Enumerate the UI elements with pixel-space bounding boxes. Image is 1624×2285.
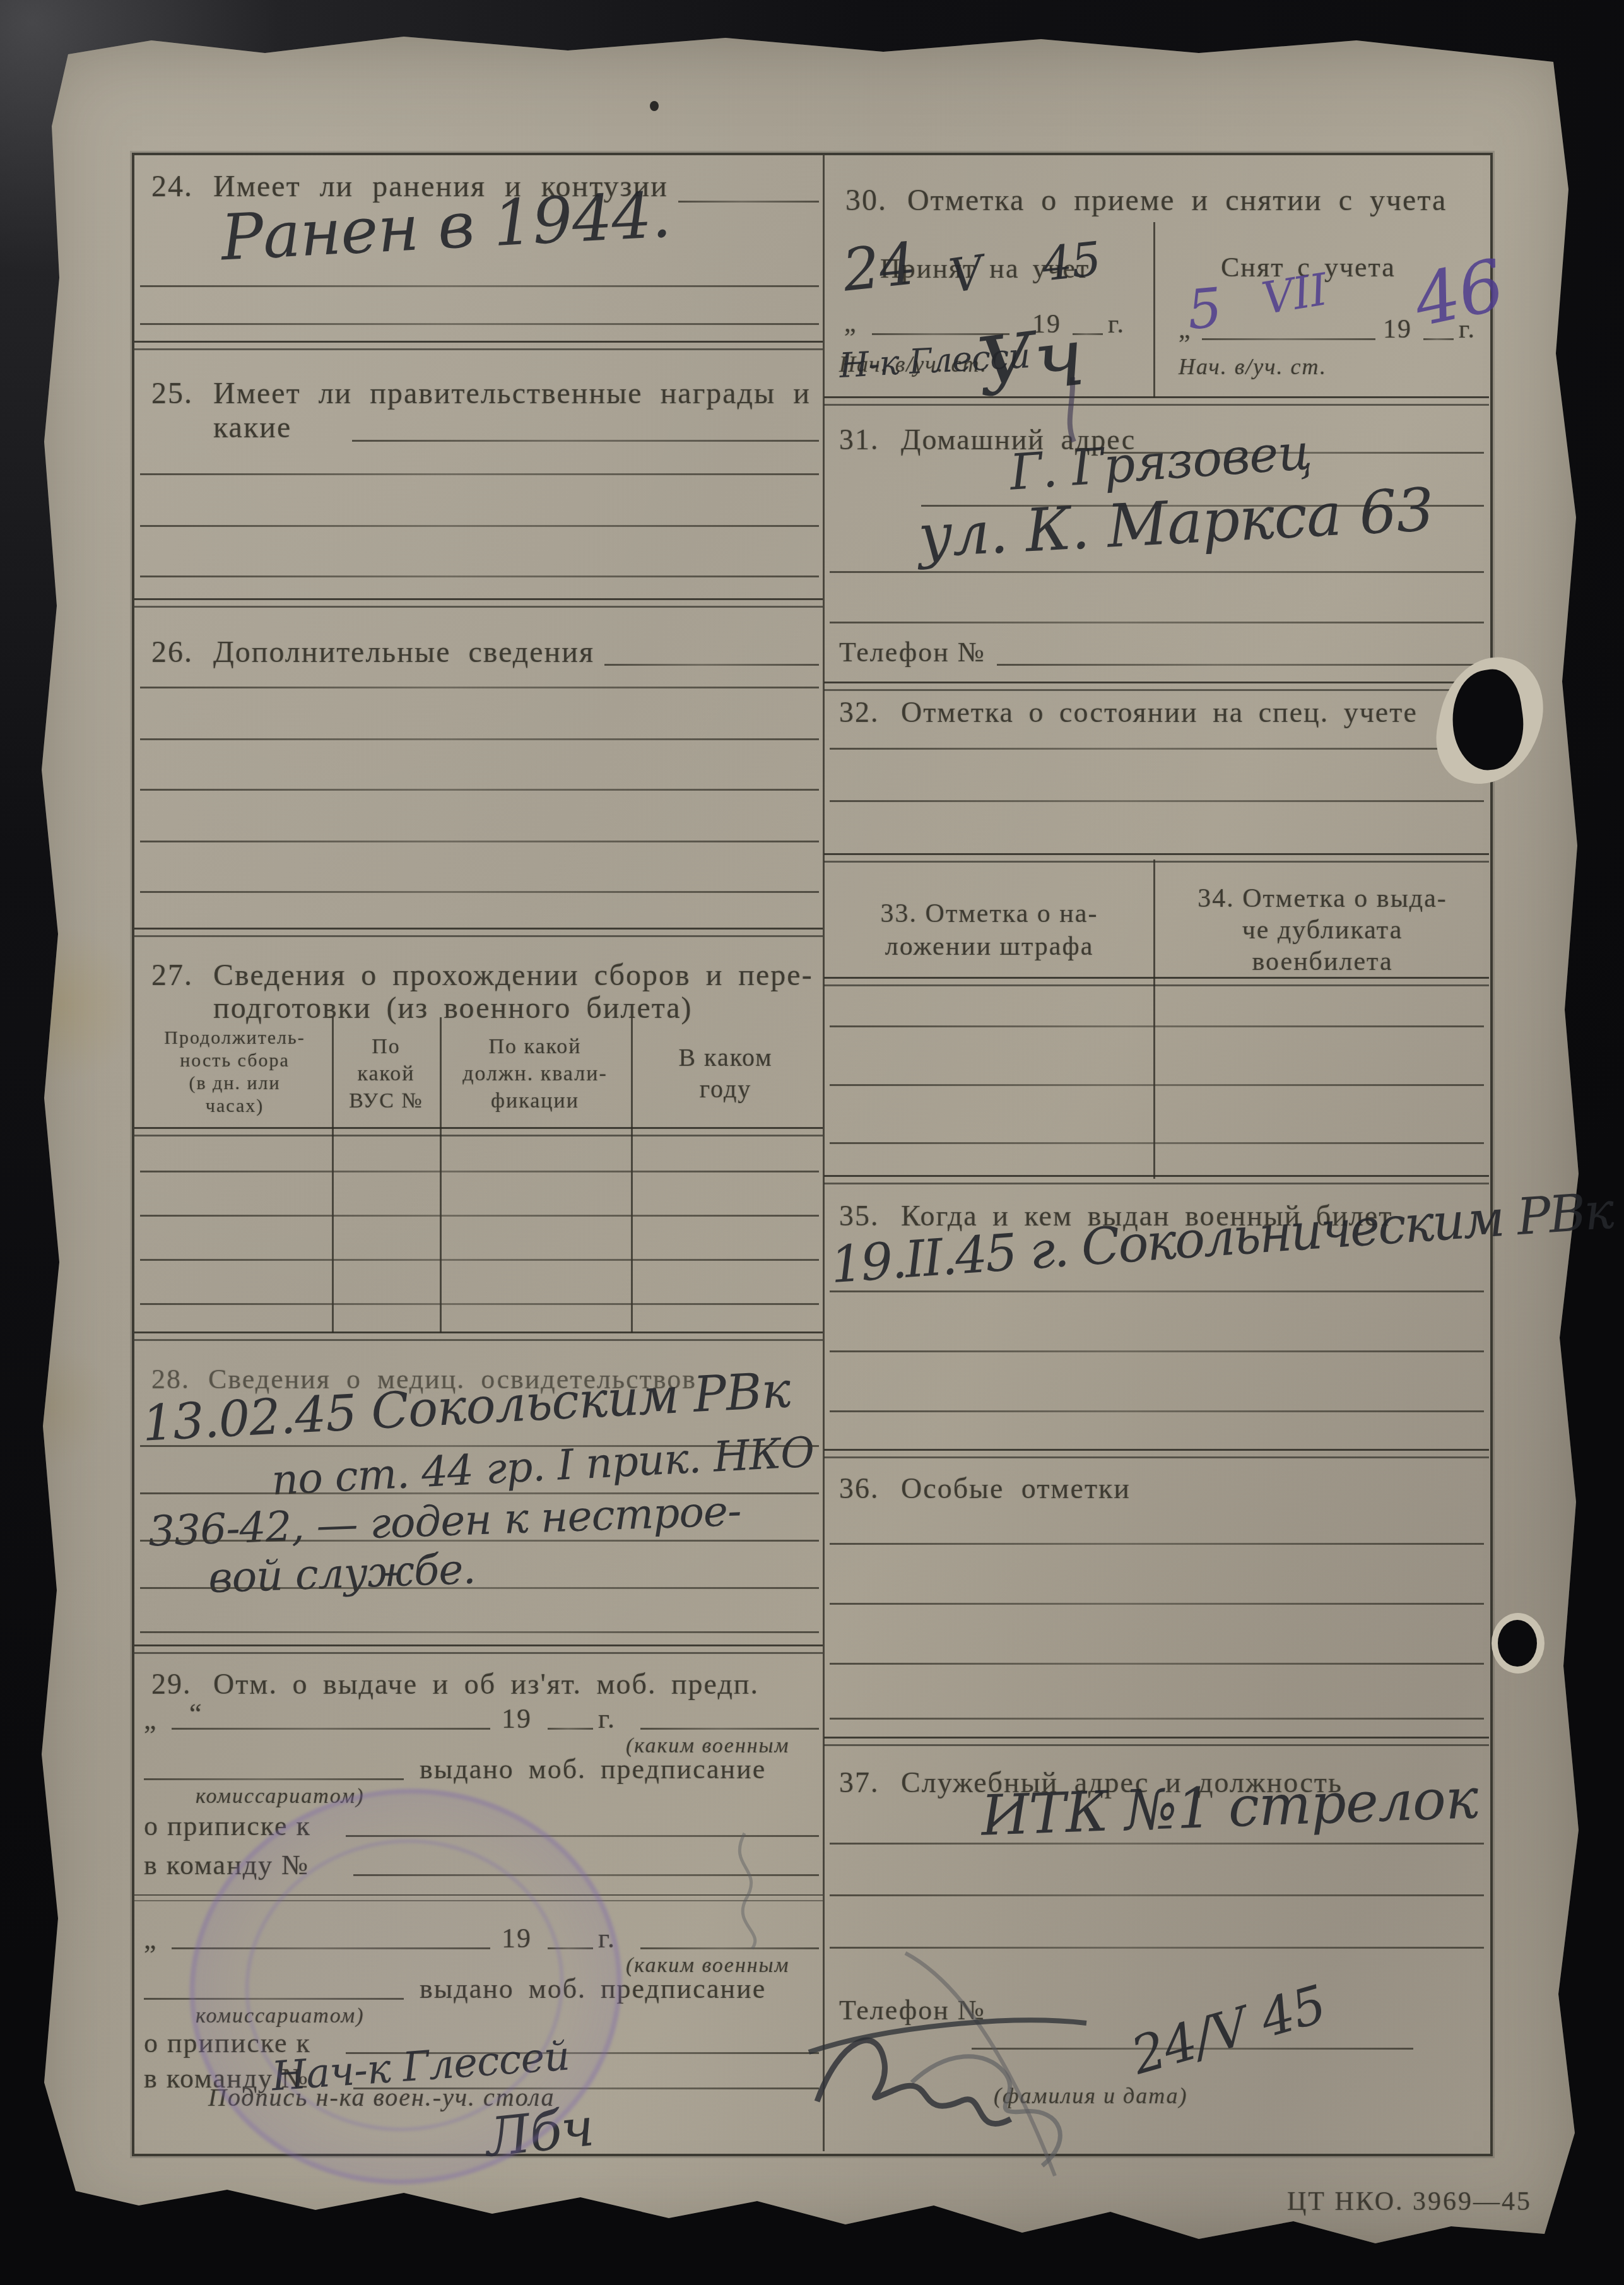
pencil-stroke — [905, 1953, 1055, 2176]
punch-hole — [1498, 1620, 1537, 1667]
scan-background: 24. Имеет ли ранения и контузии Ранен в … — [0, 0, 1624, 2285]
s30-accept-flourish: Уч — [972, 309, 1090, 416]
ink-speck — [650, 101, 659, 111]
pencil-squiggle — [739, 1833, 755, 1949]
signature-scribbles — [0, 0, 1624, 2285]
pencil-signature — [912, 2057, 1060, 2166]
